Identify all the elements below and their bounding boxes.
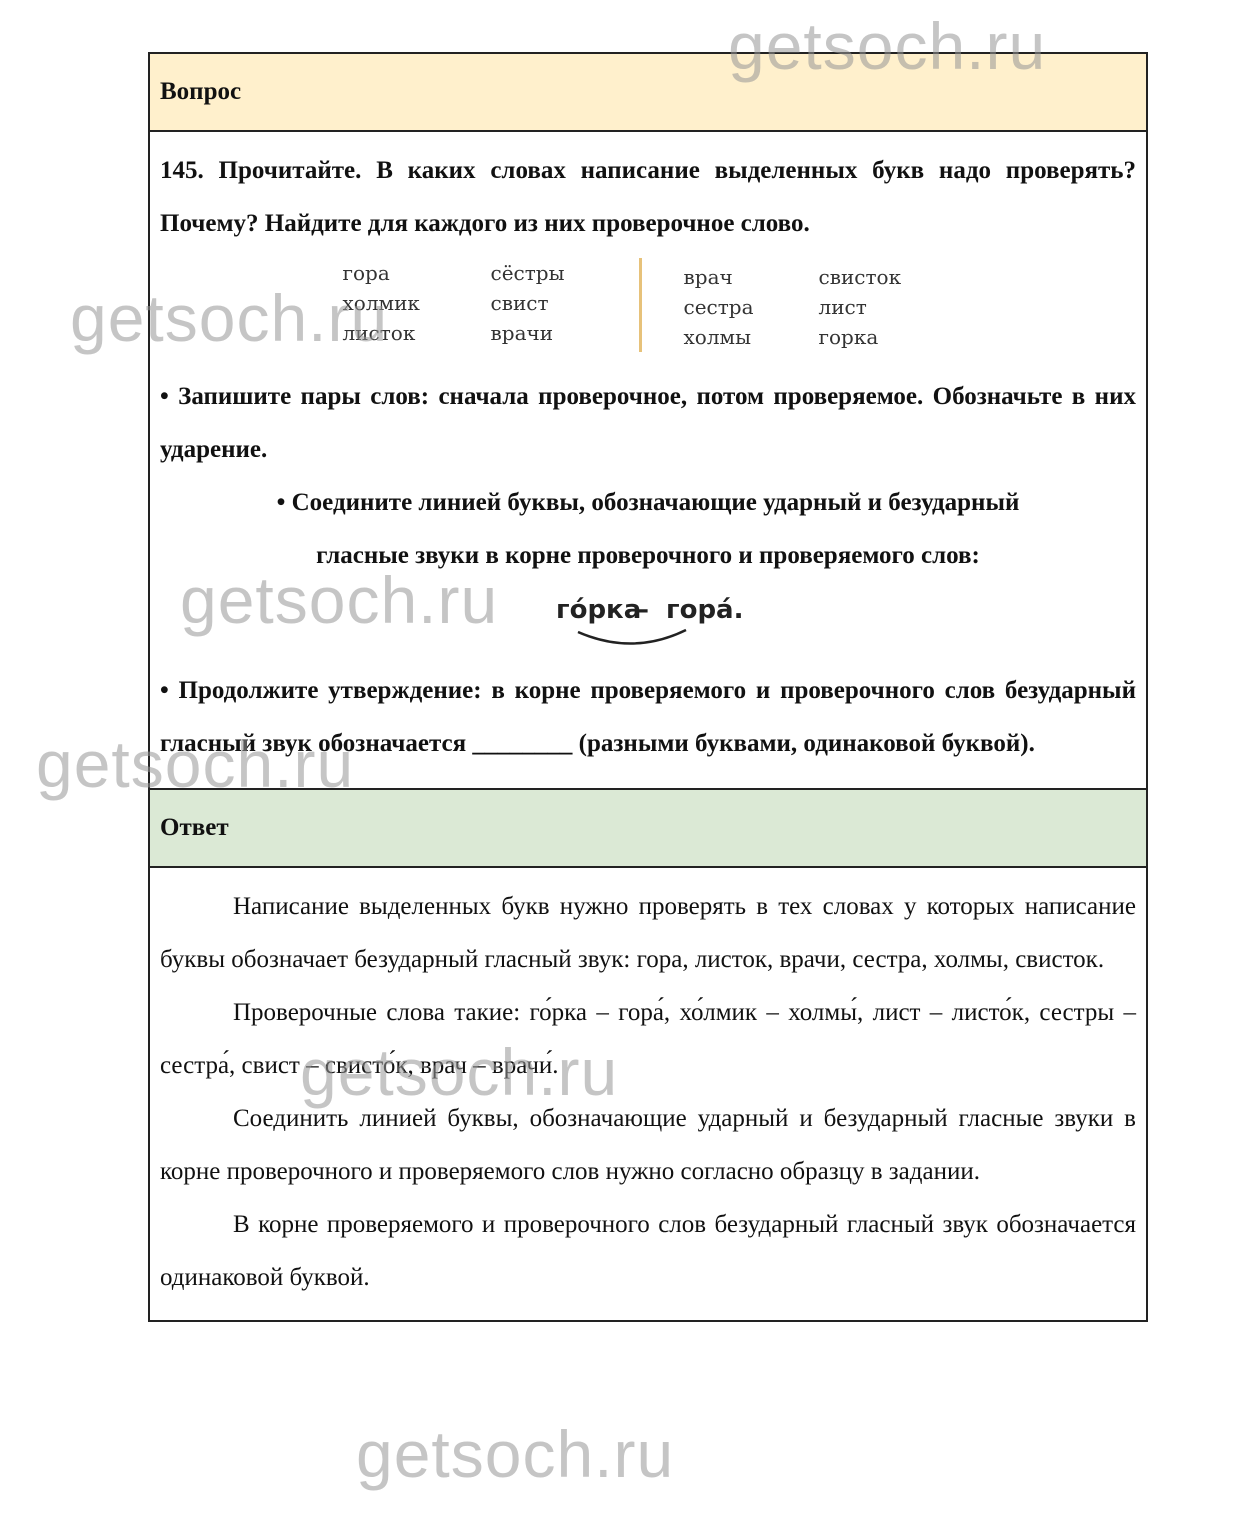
question-header-label: Вопрос [160, 78, 241, 106]
word: лист [819, 292, 954, 322]
word: свисток [819, 262, 954, 292]
connecting-arc [578, 630, 686, 644]
answer-paragraph: В корне проверяемого и проверочного слов… [160, 1198, 1136, 1304]
word: холмы [684, 322, 819, 352]
answer-body: Написание выделенных букв нужно проверят… [150, 868, 1146, 1320]
task-text: 145. Прочитайте. В каких словах написани… [160, 144, 1136, 250]
example-image: го́рка – гора́. [160, 584, 1136, 654]
word: свист [491, 288, 639, 318]
answer-paragraph: Соединить линией буквы, обозначающие уда… [160, 1092, 1136, 1198]
bullet-write-pairs: • Запишите пары слов: сначала проверочно… [160, 370, 1136, 476]
example-right: гора́. [666, 595, 743, 625]
word: горка [819, 322, 954, 352]
word: листок [343, 318, 491, 348]
column-divider [639, 258, 642, 352]
question-body: 145. Прочитайте. В каких словах написани… [150, 132, 1146, 788]
word-column-4: свисток лист горка [819, 262, 954, 352]
bullet-connect-line-1: • Соедините линией буквы, обозначающие у… [160, 476, 1136, 529]
question-header: Вопрос [150, 54, 1146, 132]
watermark: getsoch.ru [356, 1416, 674, 1492]
word: холмик [343, 288, 491, 318]
word: сёстры [491, 258, 639, 288]
word: гора [343, 258, 491, 288]
word-column-3: врач сестра холмы [684, 262, 819, 352]
word: врачи [491, 318, 639, 348]
bullet-connect-line-2: гласные звуки в корне проверочного и про… [160, 529, 1136, 582]
answer-header: Ответ [150, 788, 1146, 868]
word-table: гора холмик листок сёстры свист врачи вр… [160, 258, 1136, 352]
word: сестра [684, 292, 819, 322]
word: врач [684, 262, 819, 292]
answer-paragraph: Проверочные слова такие: го́рка – гора́,… [160, 986, 1136, 1092]
word-column-2: сёстры свист врачи [491, 258, 639, 352]
bullet-continue-statement: • Продолжите утверждение: в корне провер… [160, 664, 1136, 770]
example-left: го́рка [556, 595, 641, 625]
example-figure: го́рка – гора́. [548, 584, 748, 654]
document-card: Вопрос 145. Прочитайте. В каких словах н… [148, 52, 1148, 1322]
word-column-1: гора холмик листок [343, 258, 491, 352]
answer-header-label: Ответ [160, 814, 229, 842]
answer-paragraph: Написание выделенных букв нужно проверят… [160, 880, 1136, 986]
example-dash: – [636, 595, 649, 625]
